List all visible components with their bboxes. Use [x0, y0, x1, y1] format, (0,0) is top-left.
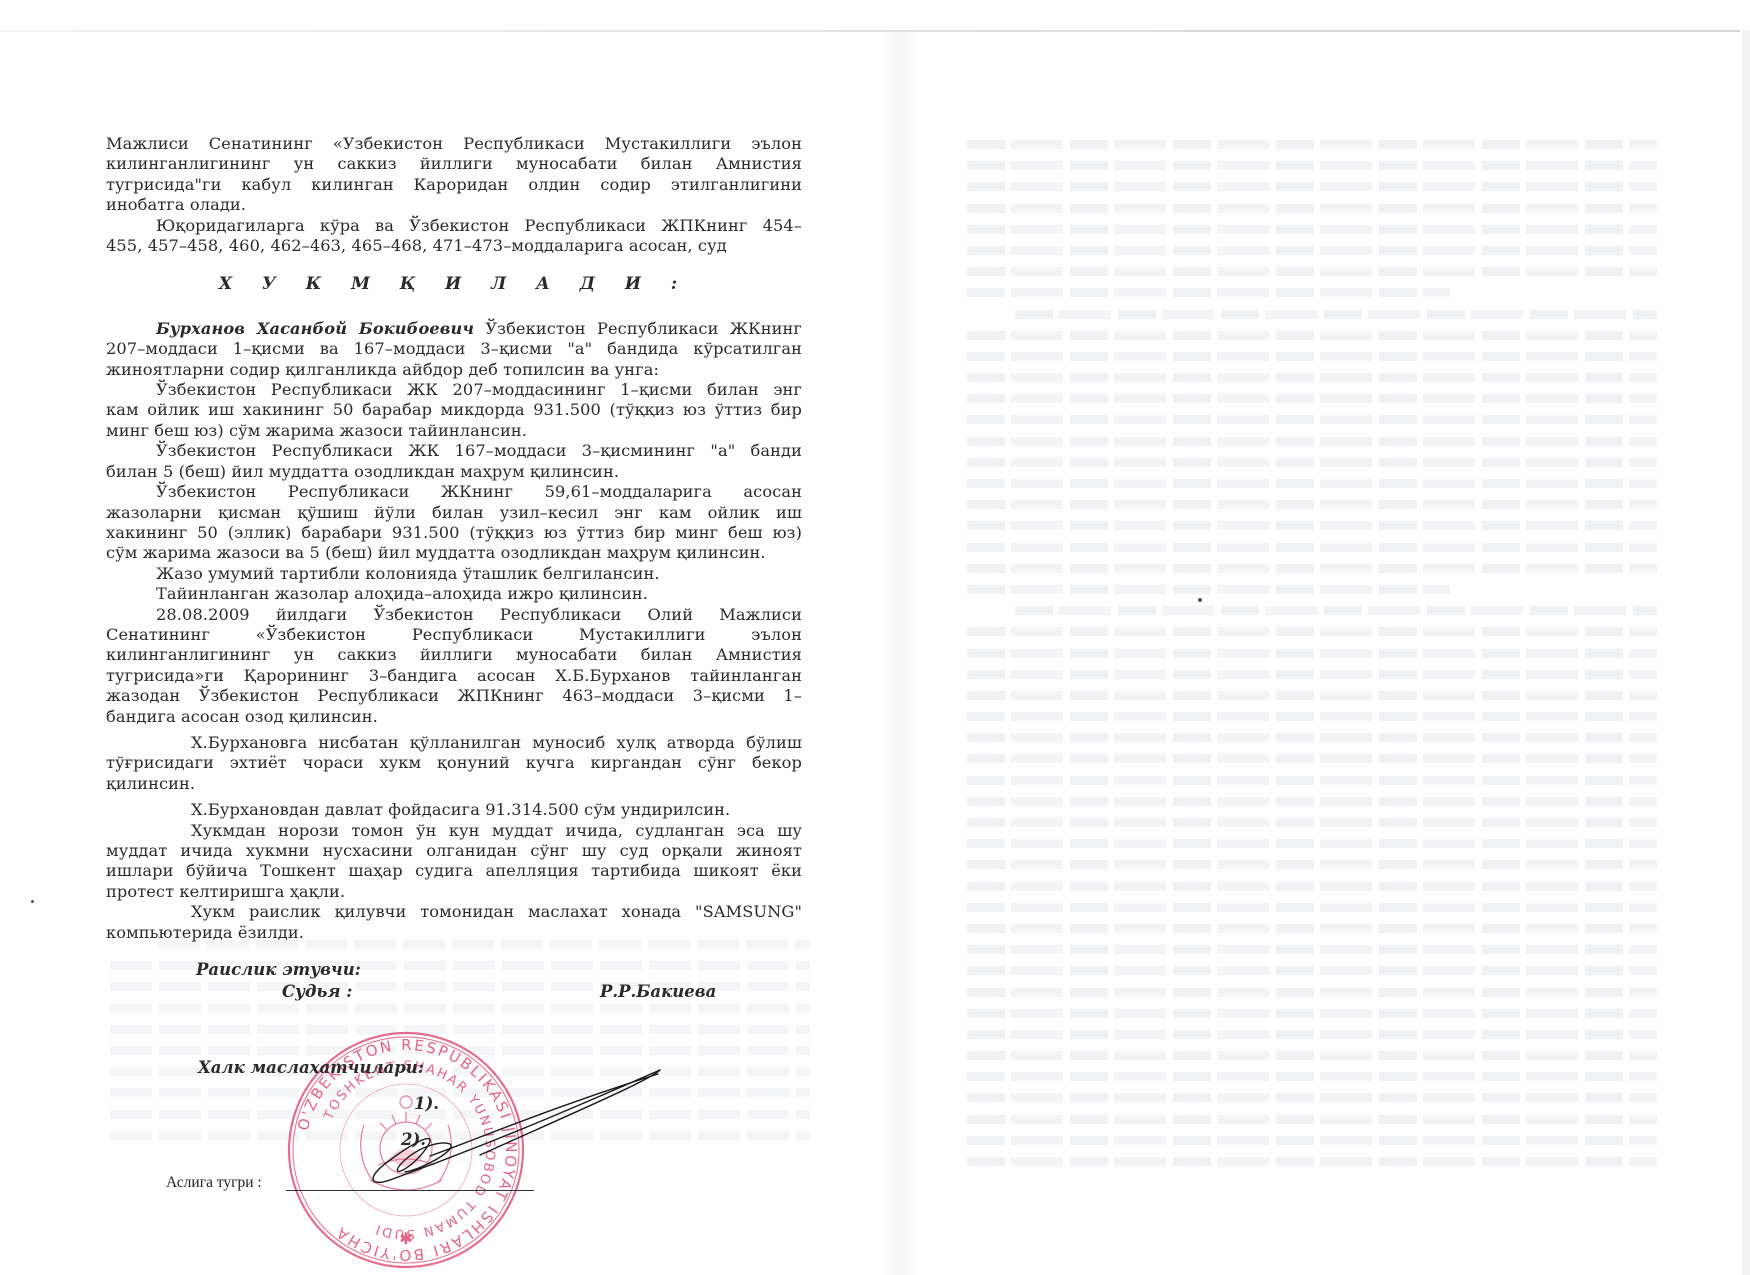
bleed-through-line [967, 521, 1657, 530]
text-line: 455, 457–458, 460, 462–463, 465–468, 471… [106, 236, 802, 256]
text-line: тугрисида»ги Қарорининг 3–бандига асосан… [106, 666, 802, 686]
text-line: муддат ичида хукмни нусхасини олганидан … [106, 841, 802, 861]
left-page: Мажлиси Сенатининг «Узбекистон Республик… [106, 134, 802, 943]
bleed-through-line [967, 882, 1657, 891]
bleed-through-line [967, 670, 1657, 679]
stamp-star-icon: ✱ [399, 1229, 412, 1248]
verdict-heading: Х У К М Қ И Л А Д И : [106, 274, 802, 294]
bleed-through-line [967, 797, 1657, 806]
bleed-through-line [967, 288, 1450, 297]
bleed-through-line [967, 1030, 1657, 1039]
handwritten-signature [330, 1060, 670, 1190]
text-line: тугрисида"ги кабул килинган Кароридан ол… [106, 175, 802, 195]
bleed-through-line [967, 1051, 1657, 1060]
bleed-through-line [967, 140, 1657, 149]
text-line: бандига асосан озод қилинсин. [106, 707, 802, 727]
verdict-paragraph-11: Хукм раислик қилувчи томонидан маслахат … [106, 902, 802, 943]
bleed-through-line [967, 945, 1657, 954]
text-line: хакининг 50 (эллик) барабари 931.500 (тў… [106, 523, 802, 543]
bleed-through-line [967, 1009, 1657, 1018]
bleed-through-line [967, 649, 1657, 658]
text-line: Бурханов Хасанбой Бокибоевич Ўзбекистон … [106, 319, 802, 339]
right-page-bleed-through [967, 140, 1657, 1200]
text-line: Ўзбекистон Республикаси ЖК 167–моддаси 3… [106, 441, 802, 461]
verdict-paragraph-3: Ўзбекистон Республикаси ЖК 167–моддаси 3… [106, 441, 802, 482]
bleed-through-line [967, 1115, 1657, 1124]
text-line: кам ойлик иш хакининг 50 барабар микдорд… [106, 400, 802, 420]
bleed-through-line [967, 479, 1657, 488]
judge-name: Р.Р.Бакиева [600, 982, 716, 1001]
text-line: тўғрисидаги эхтиёт чораси хукм қонуний к… [106, 753, 802, 773]
text-line: қилинсин. [106, 774, 802, 794]
verdict-paragraph-5: Жазо умумий тартибли колонияда ўташлик б… [106, 564, 802, 584]
defendant-name: Бурханов Хасанбой Бокибоевич [156, 319, 474, 338]
bleed-through-line [967, 754, 1657, 763]
text-line: жиноятларни содир қилганликда айбдор деб… [106, 360, 802, 380]
paper-right-edge [1742, 30, 1750, 1275]
bleed-through-line [967, 924, 1657, 933]
bleed-through-line [967, 1093, 1657, 1102]
verdict-paragraph-9-recovery: Х.Бурхановдан давлат фойдасига 91.314.50… [106, 800, 802, 820]
bleed-through-line [967, 246, 1657, 255]
bleed-through-line [967, 458, 1657, 467]
bleed-through-line [967, 331, 1657, 340]
verdict-paragraph-2: Ўзбекистон Республикаси ЖК 207–моддасини… [106, 380, 802, 441]
text-line: 207–моддаси 1–қисми ва 167–моддаси 3–қис… [106, 339, 802, 359]
text-line: ишлари бўйича Тошкент шаҳар судига апелл… [106, 861, 802, 881]
scan-speck [1198, 598, 1202, 602]
text-line: килинганлигининг ун саккиз йиллиги мунос… [106, 154, 802, 174]
certified-signature-line [286, 1190, 534, 1191]
text-line: Ўзбекистон Республикаси ЖК 207–моддасини… [106, 380, 802, 400]
text-line: Ўзбекистон Республикаси ЖКнинг 59,61–мод… [106, 482, 802, 502]
bleed-through-line [967, 1136, 1657, 1145]
bleed-through-line [1015, 606, 1657, 615]
text-line: инобатга олади. [106, 195, 802, 215]
text-line: Х.Бурхановдан давлат фойдасига 91.314.50… [106, 800, 802, 820]
bleed-through-line [967, 225, 1657, 234]
bleed-through-line [967, 776, 1657, 785]
bleed-through-line [967, 585, 1450, 594]
text-line: компьютерида ёзилди. [106, 923, 802, 943]
verdict-paragraph-1: Бурханов Хасанбой Бокибоевич Ўзбекистон … [106, 319, 802, 380]
bleed-through-line [967, 691, 1657, 700]
bleed-through-line [967, 543, 1657, 552]
bleed-through-line [967, 500, 1657, 509]
text-line: Юқоридагиларга кўра ва Ўзбекистон Респуб… [106, 216, 802, 236]
bleed-through-line [967, 161, 1657, 170]
bleed-through-line [967, 903, 1657, 912]
bleed-through-line [967, 204, 1657, 213]
bleed-through-line [967, 860, 1657, 869]
verdict-paragraph-8: Х.Бурхановга нисбатан қўлланилган муноси… [106, 733, 802, 794]
text-line: Хукмдан норози томон ўн кун муддат ичида… [106, 821, 802, 841]
text-line: Тайинланган жазолар алоҳида–алоҳида ижро… [106, 584, 802, 604]
certified-true-copy-label: Аслига тугри : [166, 1174, 262, 1192]
paper-top-edge [0, 30, 1740, 32]
intro-paragraph: Мажлиси Сенатининг «Узбекистон Республик… [106, 134, 802, 216]
bleed-through-line [967, 415, 1657, 424]
bleed-through-line [967, 1157, 1657, 1166]
bleed-through-line [967, 373, 1657, 382]
bleed-through-line [967, 712, 1657, 721]
bleed-through-line [967, 988, 1657, 997]
bleed-through-line [967, 818, 1657, 827]
verdict-paragraph-6: Тайинланган жазолар алоҳида–алоҳида ижро… [106, 584, 802, 604]
scan-speck [31, 900, 34, 903]
text-line: жазоларни қисман қўшиш йўли билан узил–к… [106, 503, 802, 523]
text-line: Хукм раислик қилувчи томонидан маслахат … [106, 902, 802, 922]
bleed-through-line [967, 564, 1657, 573]
verdict-paragraph-7-amnesty: 28.08.2009 йилдаги Ўзбекистон Республика… [106, 605, 802, 727]
verdict-paragraph-10-appeal: Хукмдан норози томон ўн кун муддат ичида… [106, 821, 802, 903]
text-line: Мажлиси Сенатининг «Узбекистон Республик… [106, 134, 802, 154]
page-fold [880, 30, 920, 1275]
text-line: сўм жарима жазоси ва 5 (беш) йил муддатт… [106, 543, 802, 563]
text-line: протест келтиришга ҳақли. [106, 882, 802, 902]
text-line: жазодан Ўзбекистон Республикаси ЖПКнинг … [106, 686, 802, 706]
bleed-through-line [967, 966, 1657, 975]
text-line: минг беш юз) сўм жарима жазоси тайинланс… [106, 421, 802, 441]
text-line: Жазо умумий тартибли колонияда ўташлик б… [106, 564, 802, 584]
text-line: билан 5 (беш) йил муддатта озодликдан ма… [106, 462, 802, 482]
chair-label: Раислик этувчи: [196, 960, 361, 979]
text-line: 28.08.2009 йилдаги Ўзбекистон Республика… [106, 605, 802, 625]
bleed-through-line [1015, 310, 1657, 319]
bleed-through-line [967, 267, 1657, 276]
judge-label: Судья : [282, 982, 352, 1001]
bleed-through-line [967, 1072, 1657, 1081]
bleed-through-line [967, 182, 1657, 191]
text-line: Сенатининг «Ўзбекистон Республикаси Муст… [106, 625, 802, 645]
bleed-through-line [967, 733, 1657, 742]
bleed-through-line [967, 839, 1657, 848]
text-fragment: Ўзбекистон Республикаси ЖКнинг [474, 319, 802, 338]
bleed-through-line [967, 627, 1657, 636]
legal-basis-paragraph: Юқоридагиларга кўра ва Ўзбекистон Респуб… [106, 216, 802, 257]
bleed-through-line [967, 437, 1657, 446]
bleed-through-line [967, 352, 1657, 361]
bleed-through-line [967, 394, 1657, 403]
verdict-paragraph-4: Ўзбекистон Республикаси ЖКнинг 59,61–мод… [106, 482, 802, 564]
text-line: килинганлигининг ун саккиз йиллиги мунос… [106, 645, 802, 665]
text-line: Х.Бурхановга нисбатан қўлланилган муноси… [106, 733, 802, 753]
